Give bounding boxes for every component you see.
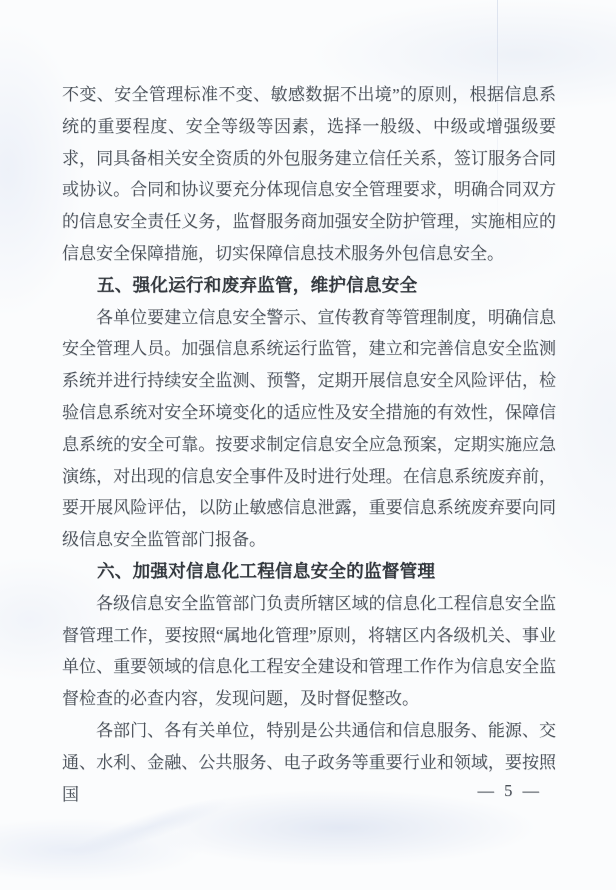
paragraph-outsourcing-continuation: 不变、安全管理标准不变、敏感数据不出境”的原则，根据信息系统的重要程度、安全等级…	[62, 79, 556, 270]
page-number: — 5 —	[478, 781, 543, 801]
section-heading-five: 五、强化运行和废弃监管，维护信息安全	[62, 270, 556, 302]
section-heading-six: 六、加强对信息化工程信息安全的监督管理	[62, 556, 556, 588]
paragraph-regional-supervision: 各级信息安全监管部门负责所辖区域的信息化工程信息安全监督管理工作，要按照“属地化…	[62, 588, 556, 715]
scanned-document-page: 不变、安全管理标准不变、敏感数据不出境”的原则，根据信息系统的重要程度、安全等级…	[0, 0, 616, 890]
document-body: 不变、安全管理标准不变、敏感数据不出境”的原则，根据信息系统的重要程度、安全等级…	[62, 79, 556, 810]
paragraph-operation-disposal-supervision: 各单位要建立信息安全警示、宣传教育等管理制度，明确信息安全管理人员。加强信息系统…	[62, 302, 556, 556]
